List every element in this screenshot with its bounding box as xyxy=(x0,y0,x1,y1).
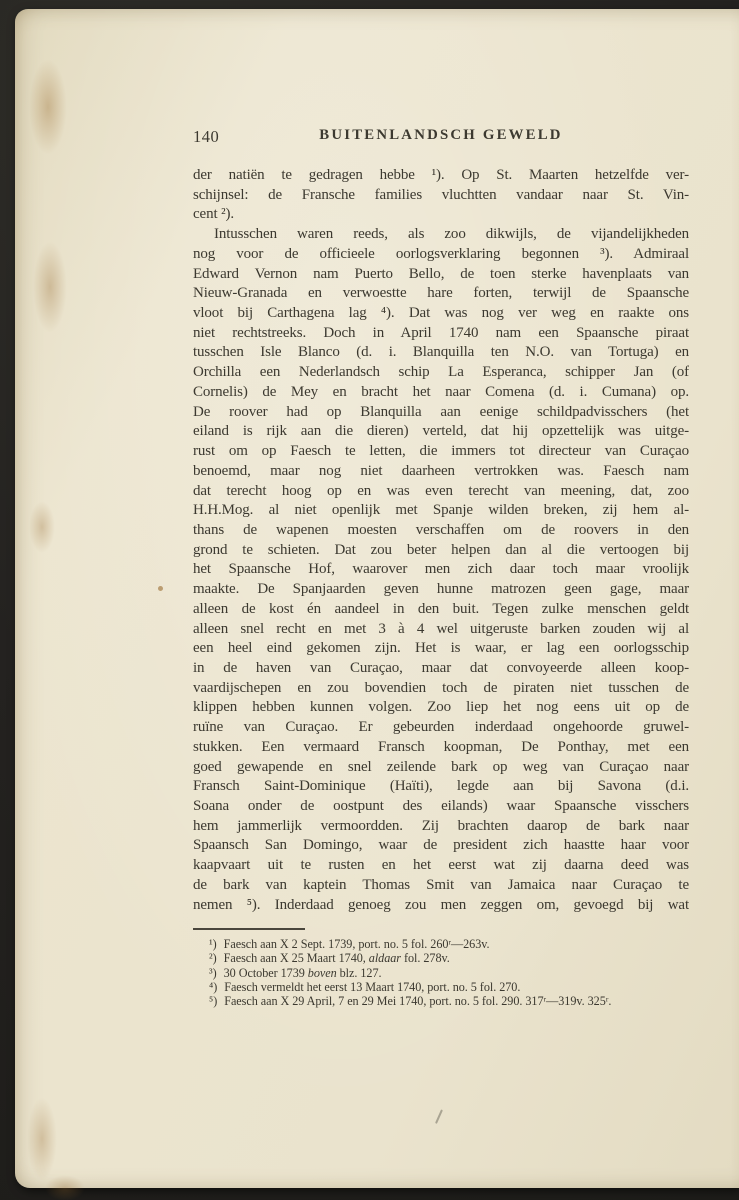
text-line: de bark van kaptein Thomas Smit van Jama… xyxy=(193,876,689,896)
text-block: 140 BUITENLANDSCH GEWELD der natiën te g… xyxy=(193,127,689,1009)
text-line: Nieuw-Granada en verwoestte hare forten,… xyxy=(193,284,689,304)
page-header: 140 BUITENLANDSCH GEWELD xyxy=(193,127,689,149)
footnote-rule xyxy=(193,928,305,930)
footnote-text: Faesch aan X 2 Sept. 1739, port. no. 5 f… xyxy=(224,937,490,951)
footnote-text: Faesch aan X 29 April, 7 en 29 Mei 1740,… xyxy=(224,994,611,1008)
text-line: hem jammerlijk vermoordden. Zij brachten… xyxy=(193,817,689,837)
foxing-stain xyxy=(29,501,55,553)
text-line: ruïne van Curaçao. Er gebeurden inderdaa… xyxy=(193,718,689,738)
text-line: vaardijschepen en zou bovendien toch de … xyxy=(193,679,689,699)
text-line: Spaansch San Domingo, waar de president … xyxy=(193,836,689,856)
foxing-stain xyxy=(45,1175,85,1200)
text-line: Intusschen waren reeds, als zoo dikwijls… xyxy=(193,225,689,245)
footnote-text: Faesch aan X 25 Maart 1740, xyxy=(224,951,369,965)
text-line: Orchilla een Nederlandsch schip La Esper… xyxy=(193,363,689,383)
footnote-marker: ²) xyxy=(209,951,217,965)
text-line: rust om op Faesch te letten, die immers … xyxy=(193,442,689,462)
footnote-text: blz. 127. xyxy=(337,966,382,980)
text-line: maakte. De Spanjaarden geven hunne matro… xyxy=(193,580,689,600)
text-line: De roover had op Blanquilla aan eenige s… xyxy=(193,403,689,423)
text-line: Edward Vernon nam Puerto Bello, de toen … xyxy=(193,265,689,285)
text-line: dat terecht hoog op en was even terecht … xyxy=(193,482,689,502)
foxing-stain xyxy=(33,241,67,333)
text-line: nog voor de officieele oorlogsverklaring… xyxy=(193,245,689,265)
text-line: niet rechtstreeks. Doch in April 1740 na… xyxy=(193,324,689,344)
text-line: vloot bij Carthagena lag ⁴). Dat was nog… xyxy=(193,304,689,324)
paper-speck xyxy=(158,586,163,591)
text-line: het Spaansche Hof, waarover men zich daa… xyxy=(193,560,689,580)
footnote-marker: ³) xyxy=(209,966,217,980)
text-line: tusschen Isle Blanco (d. i. Blanquilla t… xyxy=(193,343,689,363)
footnote-text: Faesch vermeldt het eerst 13 Maart 1740,… xyxy=(224,980,520,994)
footnote: ⁴)Faesch vermeldt het eerst 13 Maart 174… xyxy=(193,980,689,994)
footnote-marker: ¹) xyxy=(209,937,217,951)
text-line: stukken. Een vermaard Fransch koopman, D… xyxy=(193,738,689,758)
footnote: ³)30 October 1739 boven blz. 127. xyxy=(193,966,689,980)
running-title: BUITENLANDSCH GEWELD xyxy=(193,127,689,144)
text-line: der natiën te gedragen hebbe ¹). Op St. … xyxy=(193,166,689,186)
text-line: grond te schieten. Dat zou beter helpen … xyxy=(193,541,689,561)
footnote-text: fol. 278v. xyxy=(401,951,450,965)
text-line: kaapvaart uit te rusten en het eerst wat… xyxy=(193,856,689,876)
text-line: alleen snel recht en met 3 à 4 wel uitge… xyxy=(193,620,689,640)
text-line: schijnsel: de Fransche families vluchtte… xyxy=(193,186,689,206)
footnotes: ¹)Faesch aan X 2 Sept. 1739, port. no. 5… xyxy=(193,937,689,1009)
footnote-text: aldaar xyxy=(369,951,401,965)
footnote: ²)Faesch aan X 25 Maart 1740, aldaar fol… xyxy=(193,951,689,965)
book-page: 140 BUITENLANDSCH GEWELD der natiën te g… xyxy=(15,9,739,1188)
text-line: cent ²). xyxy=(193,205,689,225)
text-line: Cornelis) de Mey en bracht het naar Come… xyxy=(193,383,689,403)
text-line: nemen ⁵). Inderdaad genoeg zou men zegge… xyxy=(193,896,689,916)
text-line: Soana onder de oostpunt des eilands) waa… xyxy=(193,797,689,817)
text-line: H.H.Mog. al niet openlijk met Spanje wil… xyxy=(193,501,689,521)
text-line: Fransch Saint-Dominique (Haïti), legde a… xyxy=(193,777,689,797)
text-line: eiland is rijk aan die dieren) verteld, … xyxy=(193,422,689,442)
footnote-text: 30 October 1739 xyxy=(224,966,308,980)
text-line: goed gewapende en snel zeilende bark op … xyxy=(193,758,689,778)
text-line: een heel eind gekomen zijn. Het is waar,… xyxy=(193,639,689,659)
footnote: ¹)Faesch aan X 2 Sept. 1739, port. no. 5… xyxy=(193,937,689,951)
text-line: klippen hebben kunnen volgen. Zoo liep h… xyxy=(193,698,689,718)
footnote-marker: ⁵) xyxy=(209,994,217,1008)
text-line: thans de wapenen moesten verschaffen om … xyxy=(193,521,689,541)
footnote: ⁵)Faesch aan X 29 April, 7 en 29 Mei 174… xyxy=(193,994,689,1008)
foxing-stain xyxy=(27,1097,57,1181)
pencil-mark xyxy=(435,1109,442,1123)
foxing-stain xyxy=(29,59,67,155)
text-line: alleen de kost én aandeel in den buit. T… xyxy=(193,600,689,620)
scan-background: 140 BUITENLANDSCH GEWELD der natiën te g… xyxy=(0,0,739,1200)
text-line: benoemd, maar nog niet daarheen vertrokk… xyxy=(193,462,689,482)
body-text: der natiën te gedragen hebbe ¹). Op St. … xyxy=(193,166,689,915)
footnote-marker: ⁴) xyxy=(209,980,217,994)
text-line: in de haven van Curaçao, maar dat convoy… xyxy=(193,659,689,679)
footnote-text: boven xyxy=(308,966,337,980)
